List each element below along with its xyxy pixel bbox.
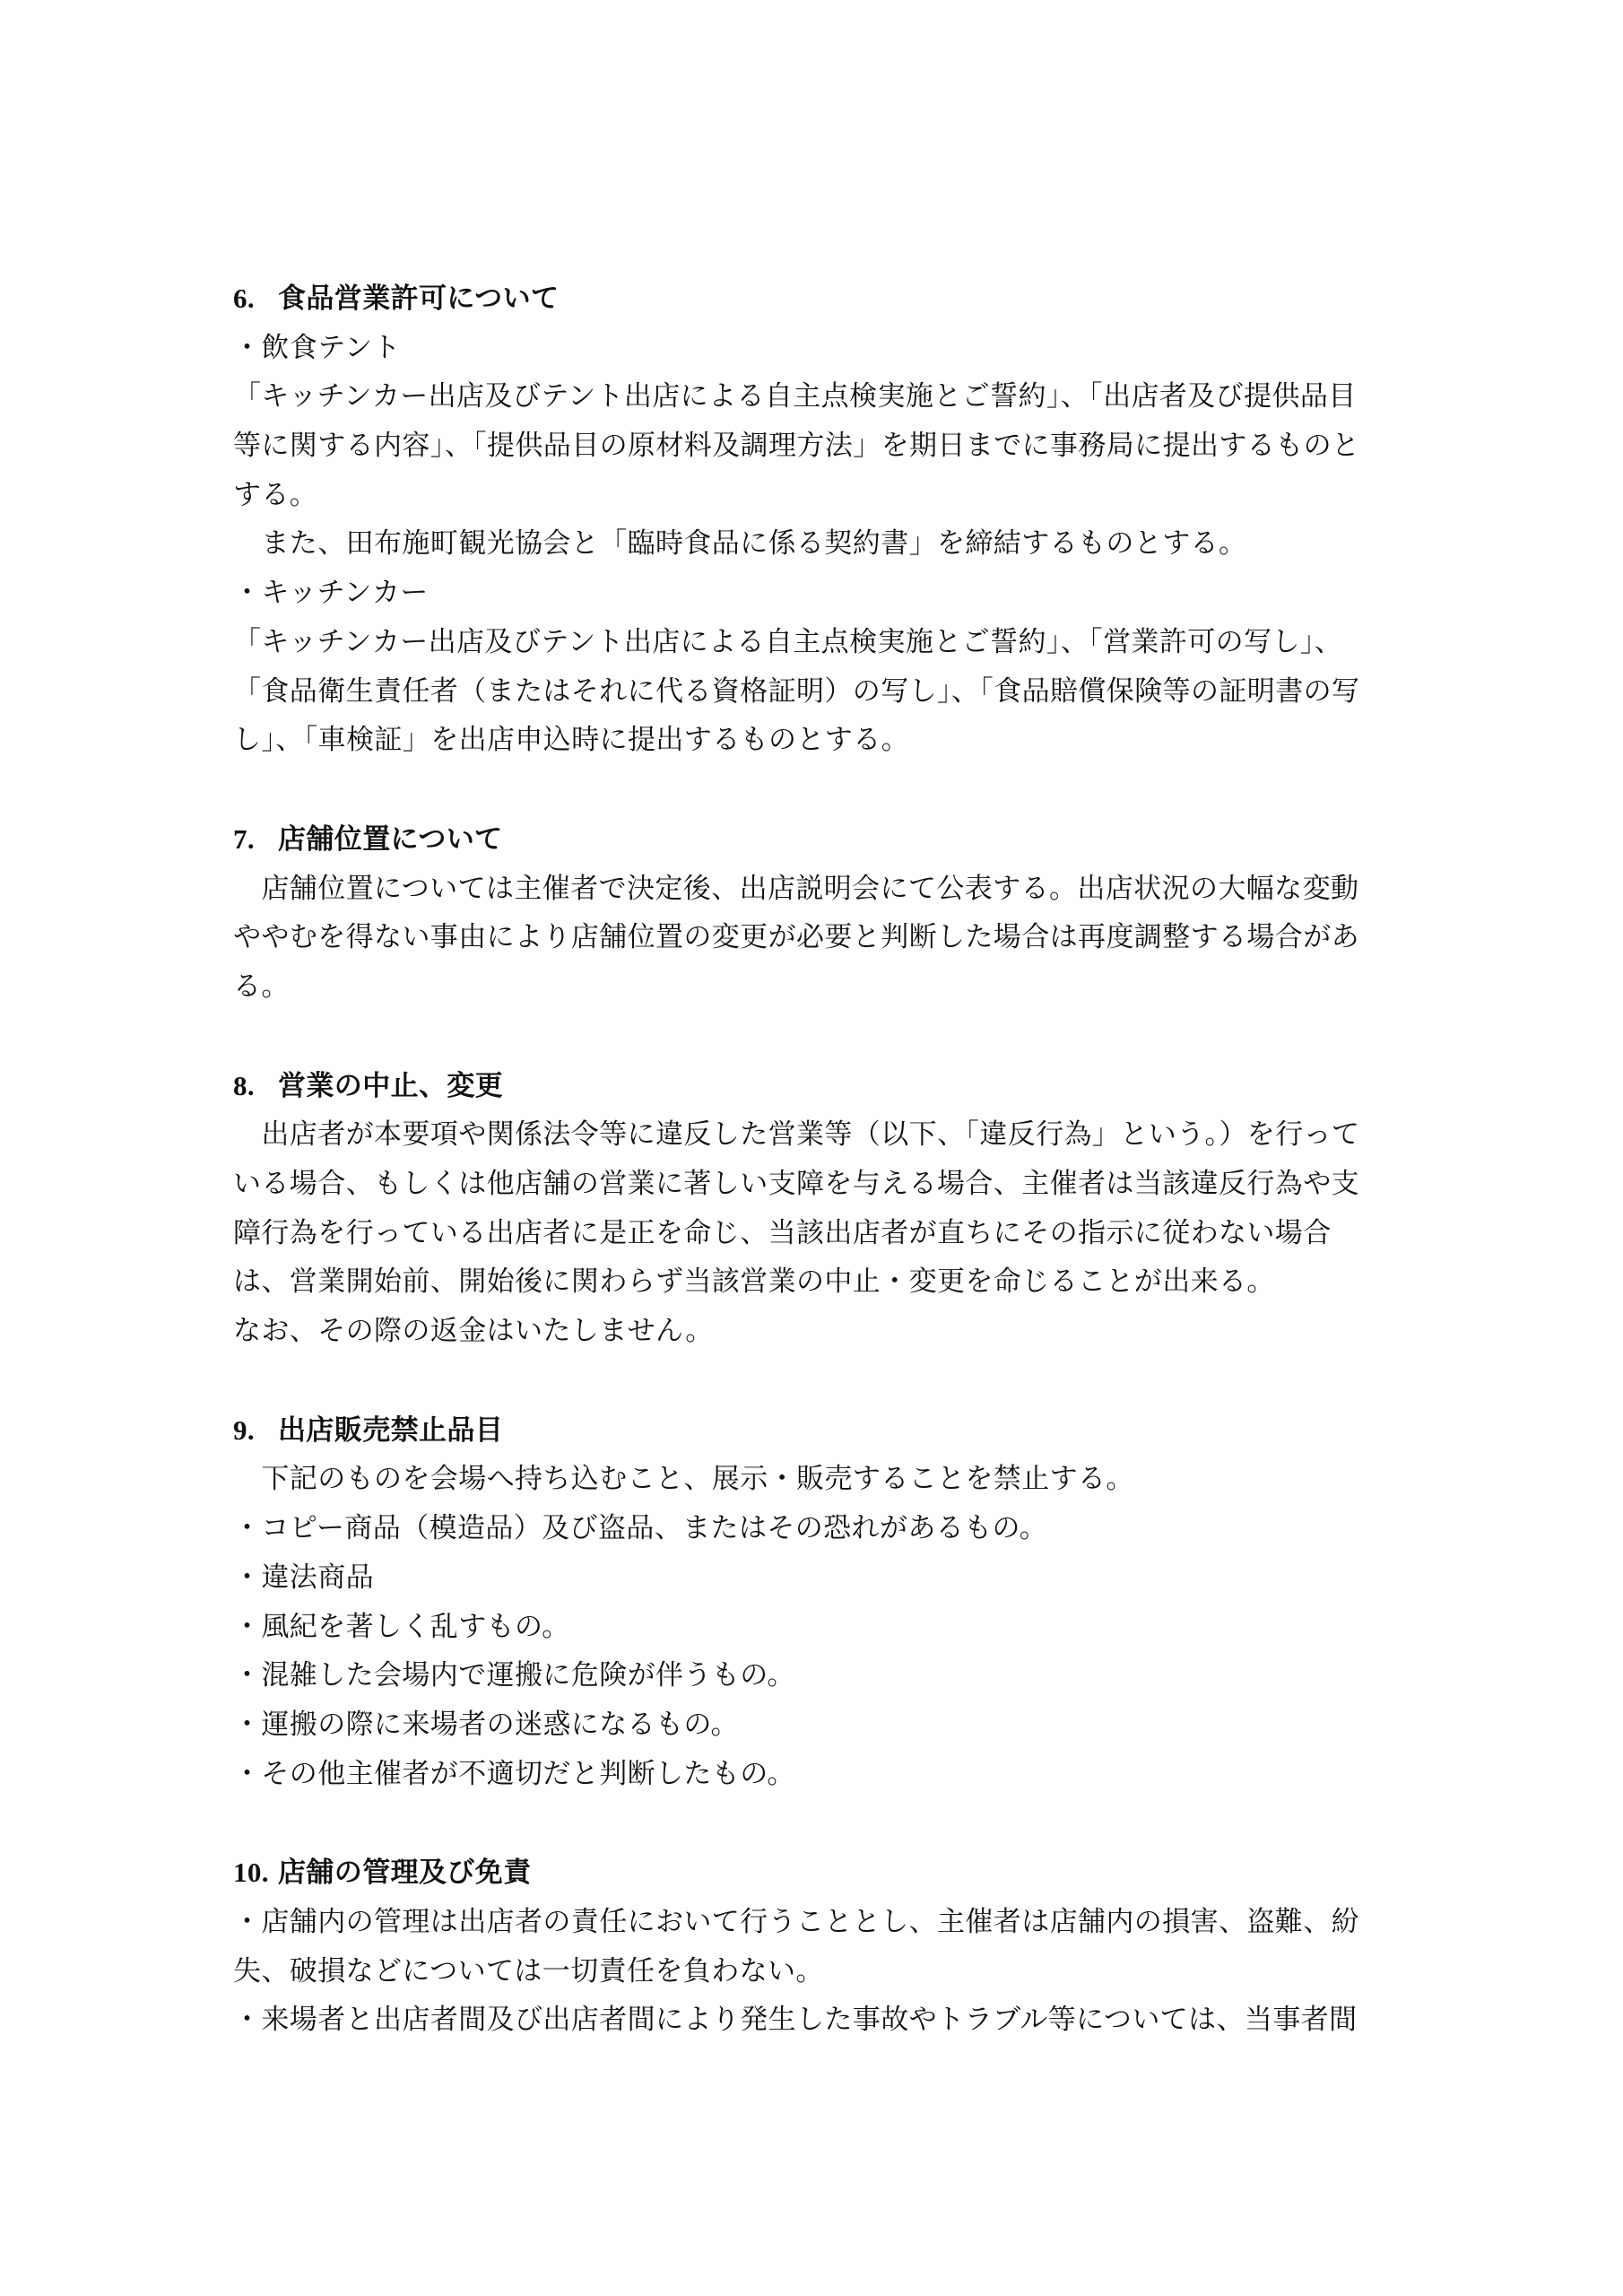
text-line: また、田布施町観光協会と「臨時食品に係る契約書」を締結するものとする。 (233, 519, 1394, 569)
section-heading: 10.店舗の管理及び免責 (233, 1848, 1394, 1898)
text-line: ・違法商品 (233, 1553, 1394, 1603)
text-line: 障行為を行っている出店者に是正を命じ、当該出店者が直ちにその指示に従わない場合 (233, 1209, 1394, 1258)
document-page: 6.食品営業許可について ・飲食テント 「キッチンカー出店及びテント出店による自… (0, 0, 1623, 2296)
text-line: 失、破損などについては一切責任を負わない。 (233, 1947, 1394, 1996)
text-line: いる場合、もしくは他店舗の営業に著しい支障を与える場合、主催者は当該違反行為や支 (233, 1160, 1394, 1209)
section-title: 店舗位置について (278, 823, 503, 855)
text-line: ややむを得ない事由により店舗位置の変更が必要と判断した場合は再度調整する場合があ (233, 913, 1394, 962)
section-number: 9. (233, 1406, 278, 1456)
text-line: 「キッチンカー出店及びテント出店による自主点検実施とご誓約」、「出店者及び提供品… (233, 372, 1394, 422)
text-line: 「食品衛生責任者（またはそれに代る資格証明）の写し」、「食品賠償保険等の証明書の… (233, 667, 1394, 717)
section-heading: 9.出店販売禁止品目 (233, 1406, 1394, 1456)
text-line: は、営業開始前、開始後に関わらず当該営業の中止・変更を命じることが出来る。 (233, 1257, 1394, 1307)
text-line: ・混雑した会場内で運搬に危険が伴うもの。 (233, 1651, 1394, 1700)
text-line: ・店舗内の管理は出店者の責任において行うこととし、主催者は店舗内の損害、盗難、紛 (233, 1898, 1394, 1947)
document-body: 6.食品営業許可について ・飲食テント 「キッチンカー出店及びテント出店による自… (233, 274, 1394, 2045)
section-heading: 7.店舗位置について (233, 815, 1394, 865)
text-line: なお、その際の返金はいたしません。 (233, 1307, 1394, 1356)
text-line: ・コピー商品（模造品）及び盗品、またはその恐れがあるもの。 (233, 1504, 1394, 1553)
text-line: 「キッチンカー出店及びテント出店による自主点検実施とご誓約」、「営業許可の写し」… (233, 618, 1394, 667)
section-store-location: 7.店舗位置について 店舗位置については主催者で決定後、出店説明会にて公表する。… (233, 815, 1394, 1012)
text-line: 出店者が本要項や関係法令等に違反した営業等（以下、「違反行為」という。）を行って (233, 1110, 1394, 1160)
section-heading: 6.食品営業許可について (233, 274, 1394, 324)
text-line: る。 (233, 962, 1394, 1012)
text-line: ・来場者と出店者間及び出店者間により発生した事故やトラブル等については、当事者間 (233, 1996, 1394, 2045)
text-line: ・運搬の際に来場者の迷惑になるもの。 (233, 1700, 1394, 1750)
section-title: 営業の中止、変更 (278, 1070, 503, 1101)
section-prohibited-items: 9.出店販売禁止品目 下記のものを会場へ持ち込むこと、展示・販売することを禁止す… (233, 1406, 1394, 1799)
text-line: 店舗位置については主催者で決定後、出店説明会にて公表する。出店状況の大幅な変動 (233, 865, 1394, 914)
section-title: 店舗の管理及び免責 (278, 1857, 532, 1888)
section-food-business-permit: 6.食品営業許可について ・飲食テント 「キッチンカー出店及びテント出店による自… (233, 274, 1394, 765)
section-number: 6. (233, 274, 278, 324)
section-store-management-disclaimer: 10.店舗の管理及び免責 ・店舗内の管理は出店者の責任において行うこととし、主催… (233, 1848, 1394, 2045)
text-line: する。 (233, 471, 1394, 520)
section-business-suspension: 8.営業の中止、変更 出店者が本要項や関係法令等に違反した営業等（以下、「違反行… (233, 1062, 1394, 1356)
text-line: ・飲食テント (233, 324, 1394, 373)
text-line: ・キッチンカー (233, 569, 1394, 618)
section-title: 出店販売禁止品目 (278, 1414, 503, 1446)
section-number: 10. (233, 1848, 278, 1898)
text-line: ・その他主催者が不適切だと判断したもの。 (233, 1750, 1394, 1799)
text-line: 下記のものを会場へ持ち込むこと、展示・販売することを禁止する。 (233, 1455, 1394, 1504)
section-number: 8. (233, 1062, 278, 1111)
section-number: 7. (233, 815, 278, 865)
section-title: 食品営業許可について (278, 283, 559, 314)
section-heading: 8.営業の中止、変更 (233, 1062, 1394, 1111)
text-line: し」、「車検証」を出店申込時に提出するものとする。 (233, 716, 1394, 765)
text-line: 等に関する内容」、「提供品目の原材料及調理方法」を期日までに事務局に提出するもの… (233, 422, 1394, 471)
text-line: ・風紀を著しく乱すもの。 (233, 1603, 1394, 1652)
